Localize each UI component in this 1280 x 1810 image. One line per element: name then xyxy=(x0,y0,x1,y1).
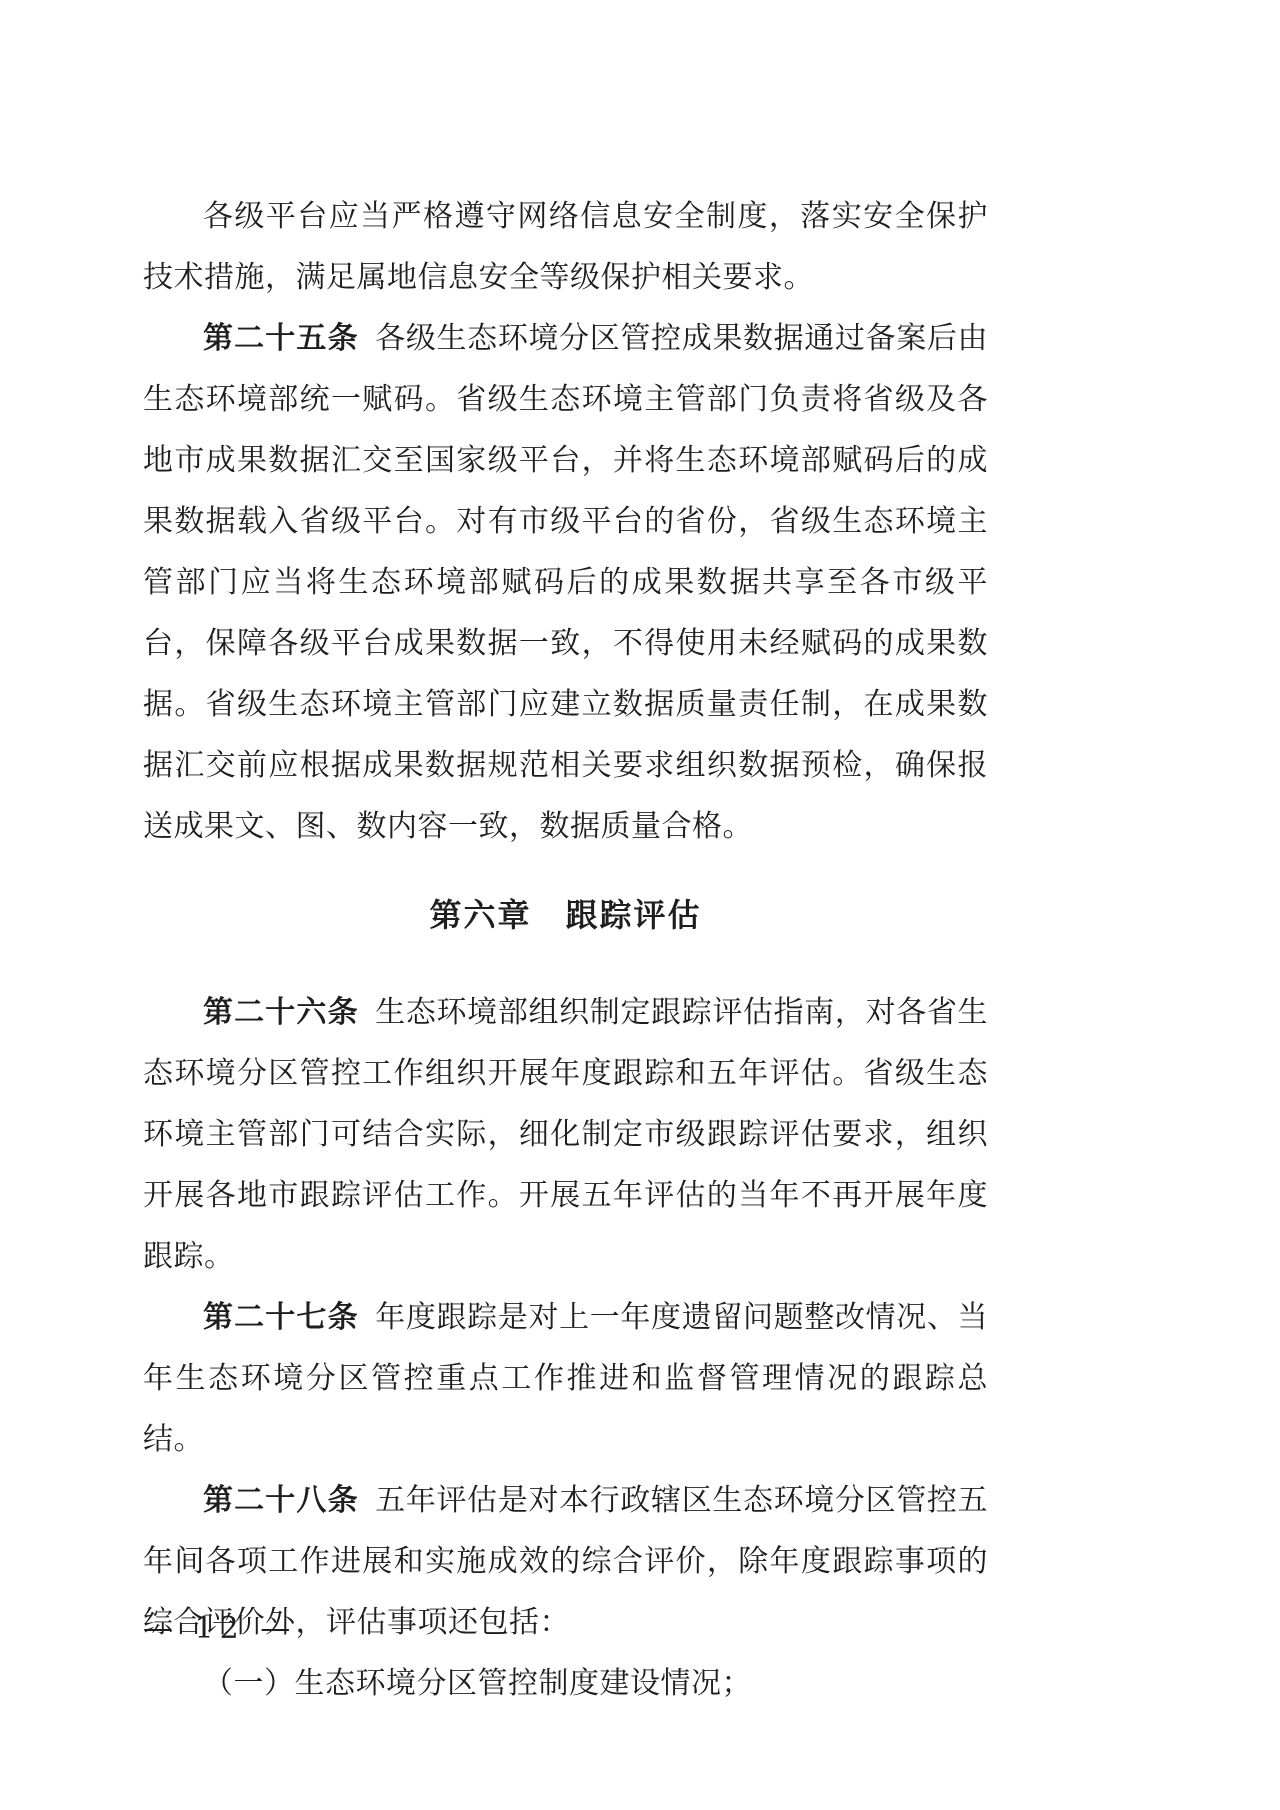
article-25-text: 各级生态环境分区管控成果数据通过备案后由生态环境部统一赋码。省级生态环境主管部门… xyxy=(143,321,988,844)
page-number: — 12 — xyxy=(143,1608,296,1650)
article-27-number: 第二十七条 xyxy=(203,1300,359,1335)
article-26-number: 第二十六条 xyxy=(203,995,359,1030)
paragraph-text: 各级平台应当严格遵守网络信息安全制度，落实安全保护技术措施，满足属地信息安全等级… xyxy=(143,199,988,295)
list-item-1: （一）生态环境分区管控制度建设情况； xyxy=(143,1653,988,1714)
article-26-text: 生态环境部组织制定跟踪评估指南，对各省生态环境分区管控工作组织开展年度跟踪和五年… xyxy=(143,995,988,1274)
article-25: 第二十五条各级生态环境分区管控成果数据通过备案后由生态环境部统一赋码。省级生态环… xyxy=(143,308,988,857)
article-26: 第二十六条生态环境部组织制定跟踪评估指南，对各省生态环境分区管控工作组织开展年度… xyxy=(143,982,988,1287)
chapter-6-heading-text: 第六章 跟踪评估 xyxy=(429,896,701,934)
list-item-1-text: （一）生态环境分区管控制度建设情况； xyxy=(203,1666,752,1701)
article-25-number: 第二十五条 xyxy=(203,321,359,356)
article-27: 第二十七条年度跟踪是对上一年度遗留问题整改情况、当年生态环境分区管控重点工作推进… xyxy=(143,1287,988,1470)
document-body: 各级平台应当严格遵守网络信息安全制度，落实安全保护技术措施，满足属地信息安全等级… xyxy=(143,186,988,1714)
chapter-6-heading: 第六章 跟踪评估 xyxy=(143,885,988,946)
document-page: 各级平台应当严格遵守网络信息安全制度，落实安全保护技术措施，满足属地信息安全等级… xyxy=(0,0,1280,1810)
paragraph-network-security: 各级平台应当严格遵守网络信息安全制度，落实安全保护技术措施，满足属地信息安全等级… xyxy=(143,186,988,308)
article-28-number: 第二十八条 xyxy=(203,1483,359,1518)
